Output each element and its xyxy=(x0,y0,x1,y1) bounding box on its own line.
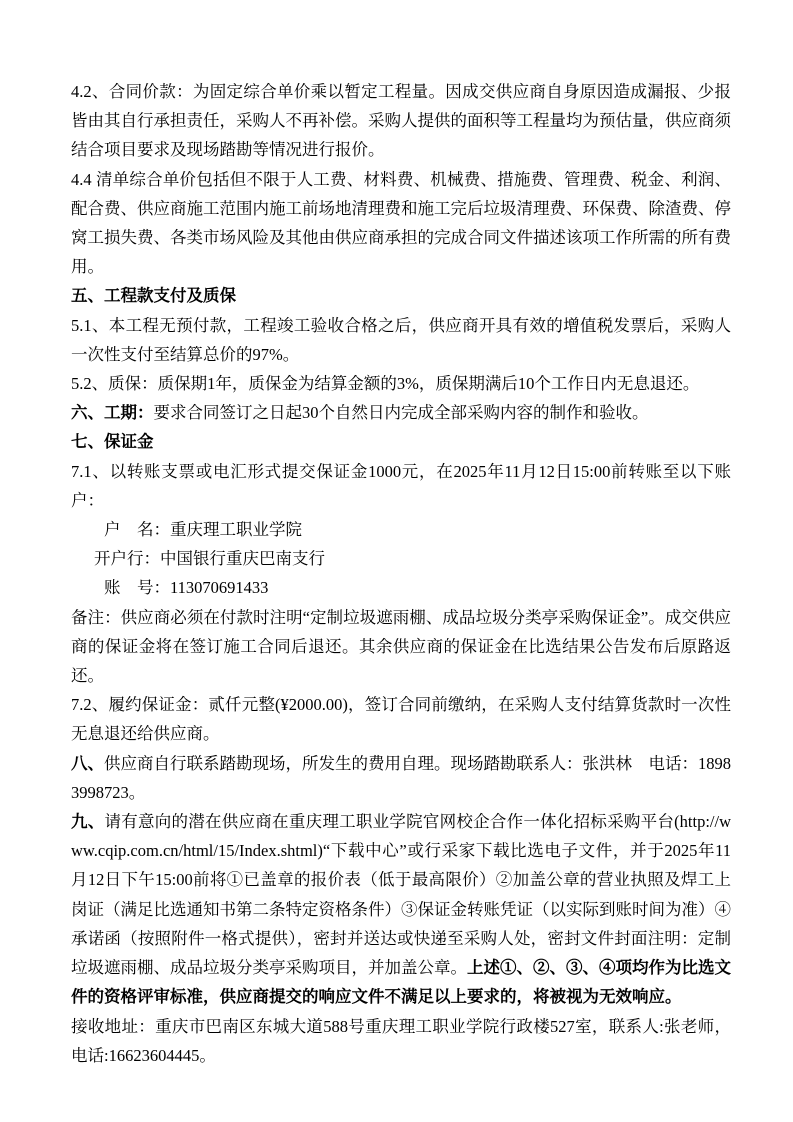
account-bank-line: 开户行：中国银行重庆巴南支行 xyxy=(71,544,731,573)
text-run: 户 名：重庆理工职业学院 xyxy=(104,520,302,539)
text-run: 供应商自行联系踏勘现场，所发生的费用自理。现场踏勘联系人：张洪林 电话：1898… xyxy=(71,754,731,802)
clause-9-label: 九、 xyxy=(71,812,105,831)
section-7-heading: 七、保证金 xyxy=(71,427,731,456)
clause-9-paragraph: 九、请有意向的潜在供应商在重庆理工职业学院官网校企合作一体化招标采购平台(htt… xyxy=(71,807,731,1011)
text-run: 备注：供应商必须在付款时注明“定制垃圾遮雨棚、成品垃圾分类亭采购保证金”。成交供… xyxy=(71,608,731,685)
text-run: 7.2、履约保证金：贰仟元整(¥2000.00)，签订合同前缴纳，在采购人支付结… xyxy=(71,695,731,743)
text-run: 5.1、本工程无预付款，工程竣工验收合格之后，供应商开具有效的增值税发票后，采购… xyxy=(71,316,731,364)
document-page: 4.2、合同价款：为固定综合单价乘以暂定工程量。因成交供应商自身原因造成漏报、少… xyxy=(0,0,793,1122)
heading-text: 七、保证金 xyxy=(71,432,154,451)
text-run: 账 号：113070691433 xyxy=(104,578,268,597)
text-run: 4.4 清单综合单价包括但不限于人工费、材料费、机械费、措施费、管理费、税金、利… xyxy=(71,170,731,277)
text-run: 5.2、质保：质保期1年，质保金为结算金额的3%，质保期满后10个工作日内无息退… xyxy=(71,374,699,393)
text-run: 开户行：中国银行重庆巴南支行 xyxy=(94,549,325,568)
clause-7-1-paragraph: 7.1、以转账支票或电汇形式提交保证金1000元，在2025年11月12日15:… xyxy=(71,457,731,515)
clause-7-2-paragraph: 7.2、履约保证金：贰仟元整(¥2000.00)，签订合同前缴纳，在采购人支付结… xyxy=(71,690,731,748)
account-number-line: 账 号：113070691433 xyxy=(71,573,731,602)
clause-8-paragraph: 八、供应商自行联系踏勘现场，所发生的费用自理。现场踏勘联系人：张洪林 电话：18… xyxy=(71,749,731,807)
text-run: 7.1、以转账支票或电汇形式提交保证金1000元，在2025年11月12日15:… xyxy=(71,462,731,510)
clause-6-label: 六、工期： xyxy=(71,403,154,422)
account-name-line: 户 名：重庆理工职业学院 xyxy=(71,515,731,544)
section-5-heading: 五、工程款支付及质保 xyxy=(71,281,731,310)
clause-4-2-paragraph: 4.2、合同价款：为固定综合单价乘以暂定工程量。因成交供应商自身原因造成漏报、少… xyxy=(71,77,731,165)
clause-4-4-paragraph: 4.4 清单综合单价包括但不限于人工费、材料费、机械费、措施费、管理费、税金、利… xyxy=(71,165,731,282)
clause-8-label: 八、 xyxy=(71,754,104,773)
text-run: 请有意向的潜在供应商在重庆理工职业学院官网校企合作一体化招标采购平台(http:… xyxy=(71,812,731,977)
text-run: 要求合同签订之日起30个自然日内完成全部采购内容的制作和验收。 xyxy=(154,403,649,422)
clause-5-2-paragraph: 5.2、质保：质保期1年，质保金为结算金额的3%，质保期满后10个工作日内无息退… xyxy=(71,369,731,398)
text-run: 4.2、合同价款：为固定综合单价乘以暂定工程量。因成交供应商自身原因造成漏报、少… xyxy=(71,82,731,159)
text-run: 接收地址：重庆市巴南区东城大道588号重庆理工职业学院行政楼527室，联系人:张… xyxy=(71,1017,731,1065)
clause-5-1-paragraph: 5.1、本工程无预付款，工程竣工验收合格之后，供应商开具有效的增值税发票后，采购… xyxy=(71,311,731,369)
receive-address-paragraph: 接收地址：重庆市巴南区东城大道588号重庆理工职业学院行政楼527室，联系人:张… xyxy=(71,1012,731,1070)
remark-paragraph: 备注：供应商必须在付款时注明“定制垃圾遮雨棚、成品垃圾分类亭采购保证金”。成交供… xyxy=(71,603,731,691)
heading-text: 五、工程款支付及质保 xyxy=(71,286,236,305)
clause-6-paragraph: 六、工期：要求合同签订之日起30个自然日内完成全部采购内容的制作和验收。 xyxy=(71,398,731,427)
